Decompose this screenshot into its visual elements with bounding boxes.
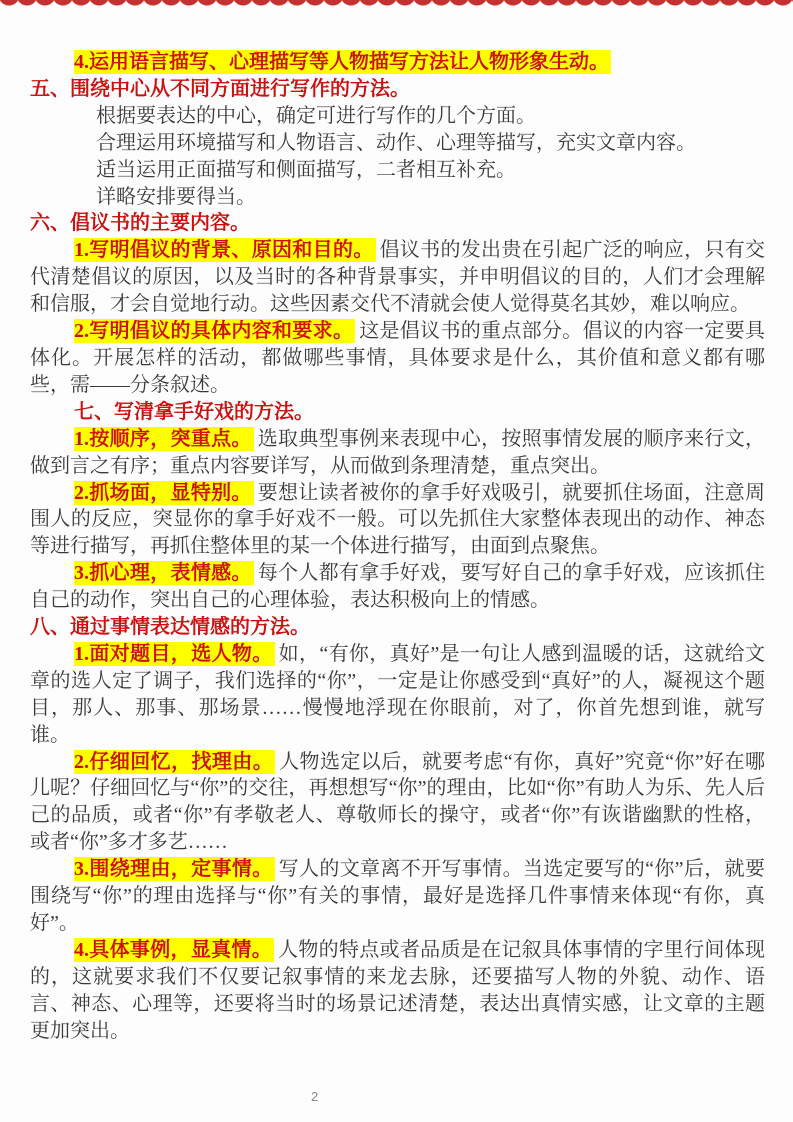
document-body: 4.运用语言描写、心理描写等人物描写方法让人物形象生动。 五、围绕中心从不同方面… (30, 49, 765, 1045)
section-7-item-3: 3.抓心理，表情感。每个人都有拿手好戏，要写好自己的拿手好戏，应该抓住自己的动作… (30, 560, 765, 614)
section-8-item-1: 1.面对题目，选人物。如，“有你，真好”是一句让人感到温暖的话，这就给文章的选人… (30, 641, 765, 749)
section-7-heading: 七、写清拿手好戏的方法。 (30, 399, 765, 426)
section-8-item-2-lead: 2.仔细回忆，找理由。 (74, 750, 275, 774)
section-8-item-3: 3.围绕理由，定事情。写人的文章离不开写事情。当选定要写的“你”后，就要围绕写“… (30, 856, 765, 937)
section-8-item-3-lead: 3.围绕理由，定事情。 (74, 857, 275, 881)
section-5-line-4: 详略安排要得当。 (30, 184, 765, 211)
section-7-item-3-lead: 3.抓心理，表情感。 (74, 561, 254, 585)
decorative-top-border (0, 0, 793, 13)
section-6-item-1: 1.写明倡议的背景、原因和目的。倡议书的发出贵在引起广泛的响应，只有交代清楚倡议… (30, 237, 765, 318)
highlighted-point-4: 4.运用语言描写、心理描写等人物描写方法让人物形象生动。 (30, 49, 765, 76)
section-7-item-1: 1.按顺序，突重点。选取典型事例来表现中心，按照事情发展的顺序来行文，做到言之有… (30, 426, 765, 480)
section-5-heading: 五、围绕中心从不同方面进行写作的方法。 (30, 76, 765, 103)
section-6-item-2: 2.写明倡议的具体内容和要求。这是倡议书的重点部分。倡议的内容一定要具体化。开展… (30, 318, 765, 399)
highlighted-point-4-text: 4.运用语言描写、心理描写等人物描写方法让人物形象生动。 (74, 50, 611, 74)
section-5-line-3: 适当运用正面描写和侧面描写，二者相互补充。 (30, 157, 765, 184)
section-8-item-2: 2.仔细回忆，找理由。人物选定以后，就要考虑“有你，真好”究竟“你”好在哪儿呢？… (30, 749, 765, 857)
section-7-item-2: 2.抓场面，显特别。要想让读者被你的拿手好戏吸引，就要抓住场面，注意周围人的反应… (30, 480, 765, 561)
section-7-item-2-lead: 2.抓场面，显特别。 (74, 481, 254, 505)
section-6-item-1-lead: 1.写明倡议的背景、原因和目的。 (74, 238, 376, 262)
document-page: 4.运用语言描写、心理描写等人物描写方法让人物形象生动。 五、围绕中心从不同方面… (0, 0, 793, 1122)
page-number: 2 (311, 1089, 318, 1104)
section-6-item-2-lead: 2.写明倡议的具体内容和要求。 (74, 319, 355, 343)
section-5-line-1: 根据要表达的中心，确定可进行写作的几个方面。 (30, 103, 765, 130)
section-7-item-1-lead: 1.按顺序，突重点。 (74, 427, 254, 451)
section-8-item-4: 4.具体事例，显真情。人物的特点或者品质是在记叙具体事情的字里行间体现的，这就要… (30, 937, 765, 1045)
section-8-item-4-lead: 4.具体事例，显真情。 (74, 938, 274, 962)
section-8-item-1-lead: 1.面对题目，选人物。 (74, 642, 275, 666)
section-5-line-2: 合理运用环境描写和人物语言、动作、心理等描写，充实文章内容。 (30, 130, 765, 157)
section-6-heading: 六、倡议书的主要内容。 (30, 210, 765, 237)
section-8-heading: 八、通过事情表达情感的方法。 (30, 614, 765, 641)
